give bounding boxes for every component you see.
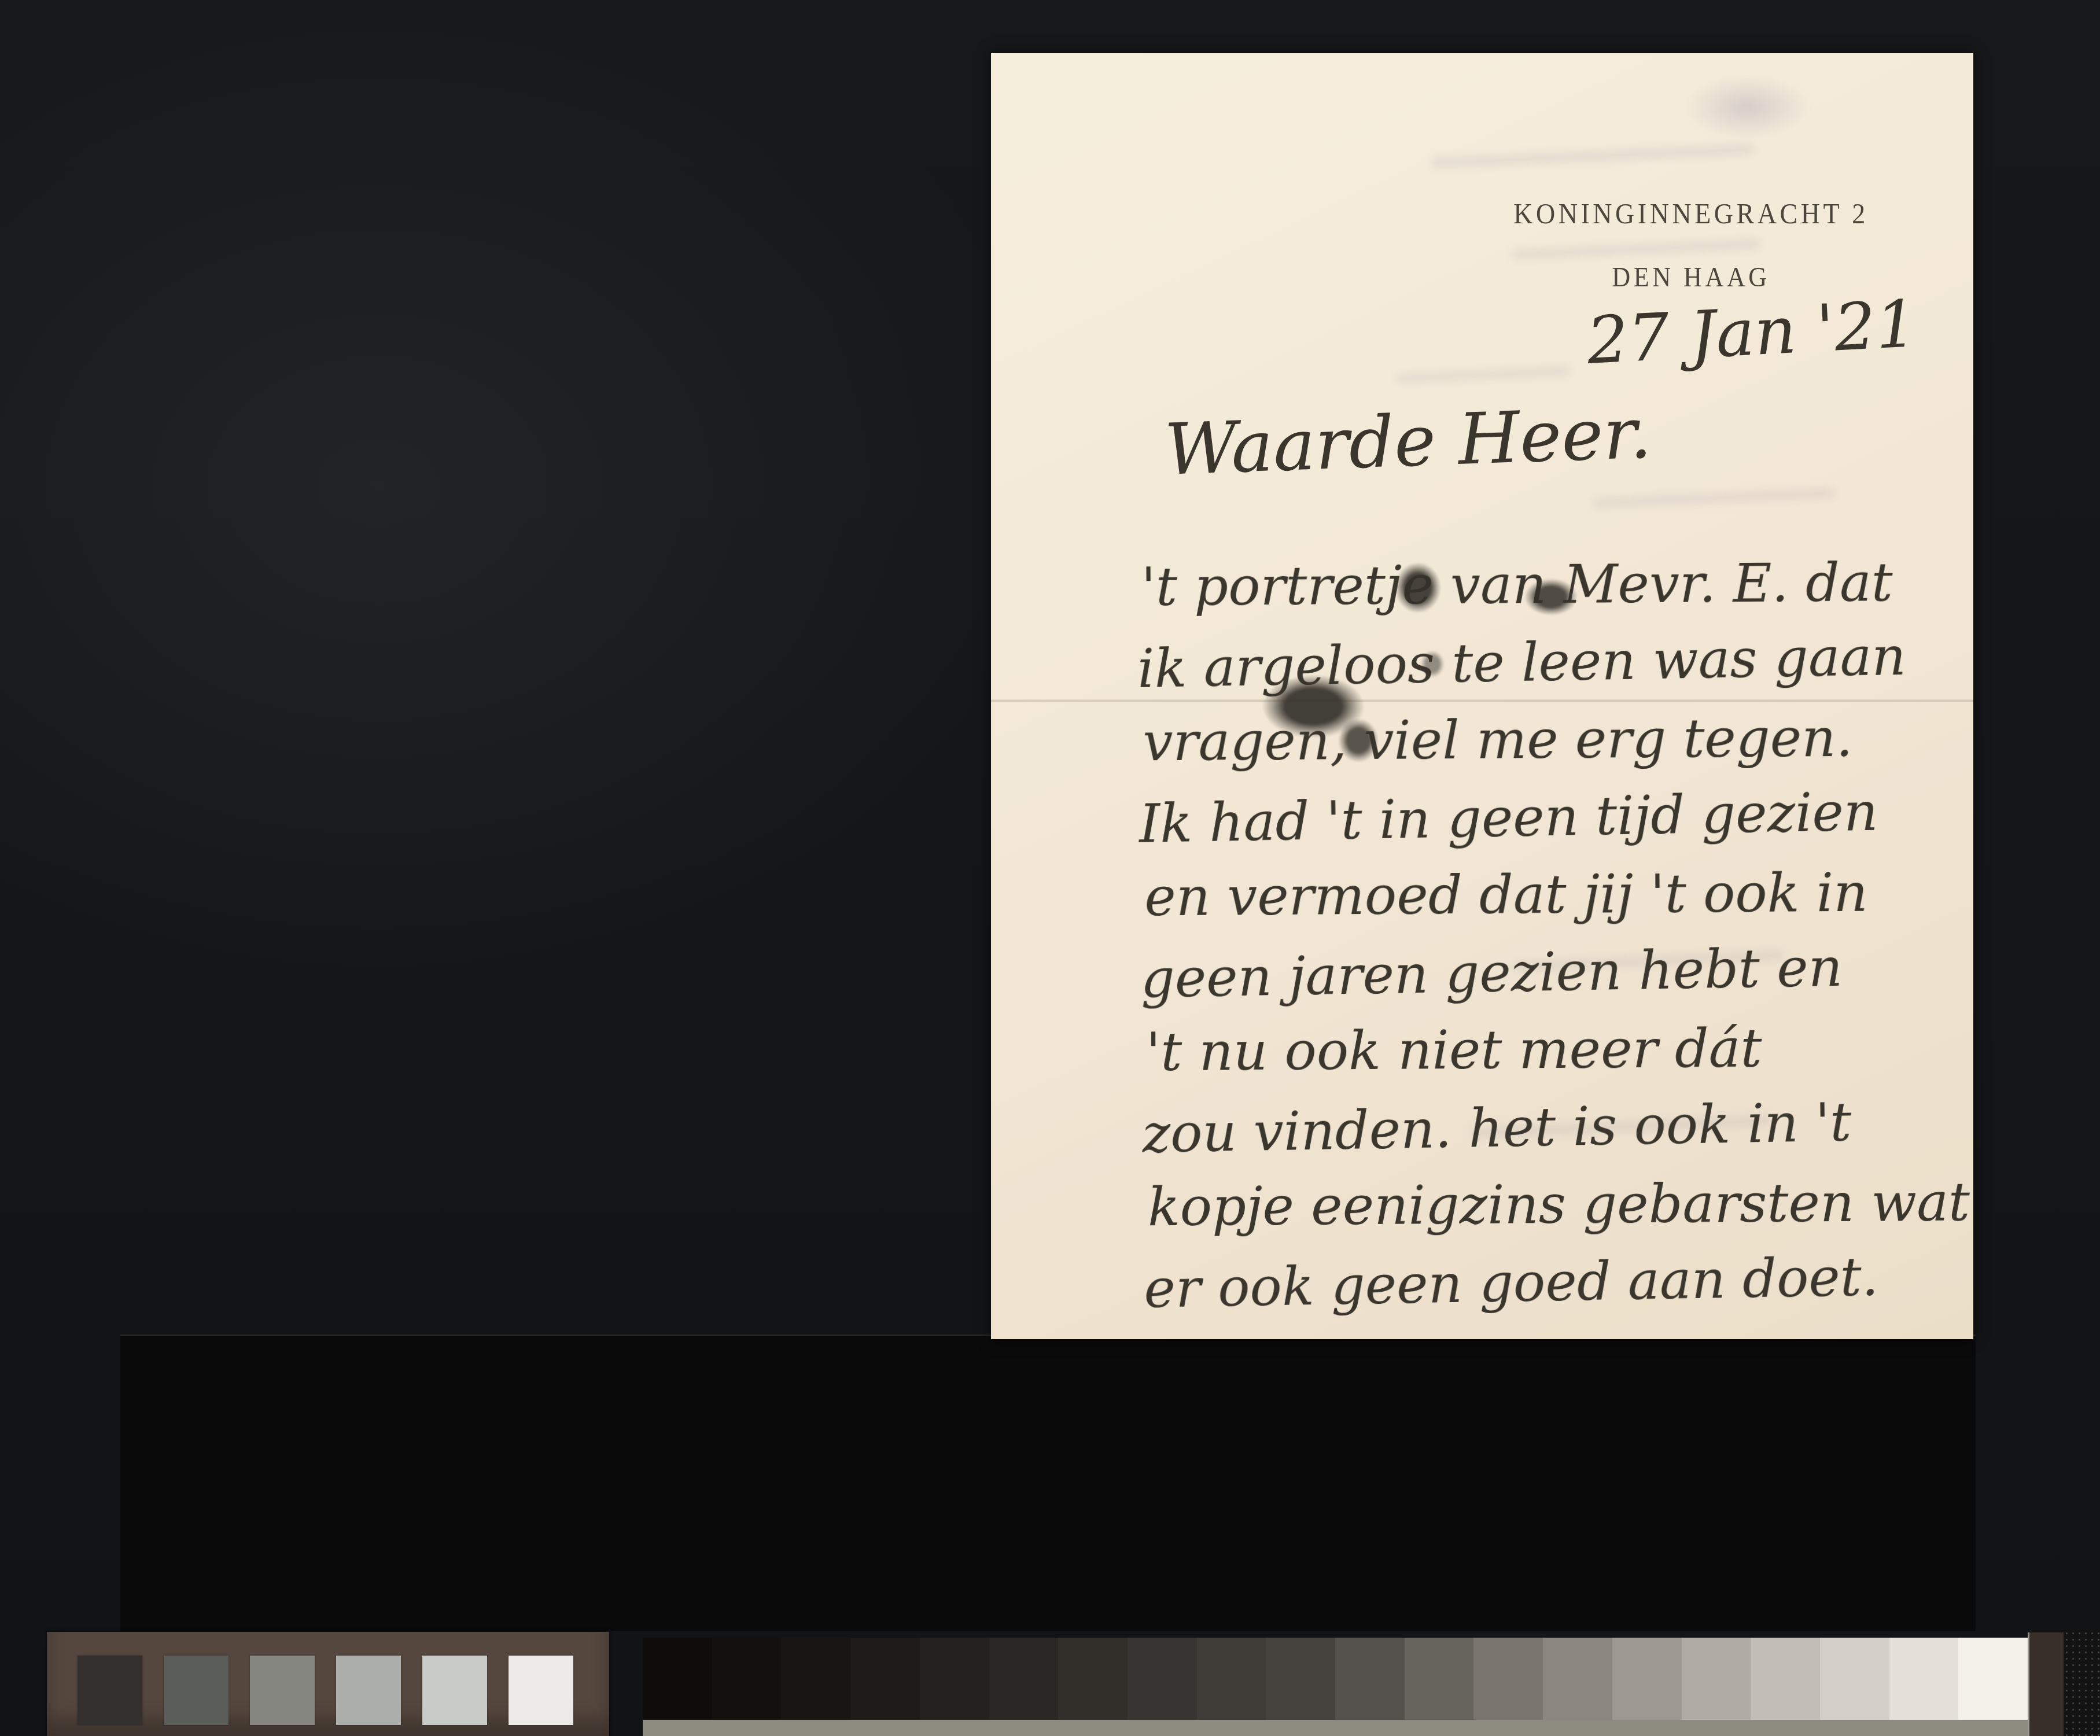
wedge-step xyxy=(1128,1638,1197,1720)
wedge-step xyxy=(643,1638,712,1720)
scan-background: KONINGINNEGRACHT 2 DEN HAAG 27 Jan '21 W… xyxy=(0,0,2100,1736)
calibration-patch xyxy=(164,1656,229,1725)
fold-crease xyxy=(991,699,1973,703)
wedge-step xyxy=(1473,1638,1543,1720)
calibration-patch xyxy=(422,1656,487,1725)
wedge-step xyxy=(989,1638,1059,1720)
ink-bleedthrough-mark xyxy=(1431,143,1755,169)
wedge-step xyxy=(1543,1638,1612,1720)
wedge-card-edge xyxy=(2028,1632,2064,1736)
wedge-step xyxy=(850,1638,920,1720)
ink-blot xyxy=(1420,650,1445,678)
wedge-step xyxy=(712,1638,782,1720)
calibration-patch xyxy=(336,1656,401,1725)
salutation: Waarde Heer. xyxy=(1163,392,1653,491)
handwriting-line: Ik had 't in geen tijd gezien xyxy=(1139,772,1967,863)
wedge-step xyxy=(1197,1638,1266,1720)
handwritten-date: 27 Jan '21 xyxy=(1585,286,1919,379)
letterhead-city: DEN HAAG xyxy=(1313,261,2069,293)
wedge-step xyxy=(781,1638,850,1720)
grayscale-step-wedge xyxy=(643,1638,2028,1736)
wedge-footer-band xyxy=(643,1720,2028,1736)
handwriting-line: zou vinden. het is ook in 't xyxy=(1141,1082,1970,1173)
black-velvet-panel xyxy=(120,1335,1976,1632)
wedge-step xyxy=(1889,1638,1959,1720)
wedge-step xyxy=(1405,1638,1474,1720)
wedge-step xyxy=(1266,1638,1335,1720)
handwriting-line: geen jaren gezien hebt en xyxy=(1140,927,1969,1018)
handwriting-line: er ook geen goed aan doet. xyxy=(1143,1237,1972,1328)
wedge-step xyxy=(1751,1638,1820,1720)
wedge-step xyxy=(1958,1638,2028,1720)
letterhead-address: KONINGINNEGRACHT 2 xyxy=(1313,197,2069,230)
letter-body: 't portretje van Mevr. E. dat ik argeloo… xyxy=(1136,542,1972,1326)
wedge-step xyxy=(1612,1638,1682,1720)
wedge-step xyxy=(1058,1638,1128,1720)
ink-blot xyxy=(1395,562,1441,613)
wedge-step xyxy=(920,1638,989,1720)
erased-smudge xyxy=(1685,75,1810,139)
ink-bleedthrough-mark xyxy=(1512,239,1760,260)
ink-blot xyxy=(1338,718,1379,762)
wedge-steps xyxy=(643,1638,2028,1720)
wedge-step xyxy=(1335,1638,1405,1720)
handwriting-line: ik argeloos te leen was gaan xyxy=(1137,617,1965,708)
handwriting-line: kopje eenigzins gebarsten wat xyxy=(1148,1164,1976,1247)
ink-blot xyxy=(1524,578,1578,615)
handwriting-line: en vermoed dat jij 't ook in xyxy=(1144,854,1972,937)
wedge-step xyxy=(1820,1638,1889,1720)
calibration-patch xyxy=(78,1656,142,1725)
ink-bleedthrough-mark xyxy=(1593,488,1836,508)
letter-page: KONINGINNEGRACHT 2 DEN HAAG 27 Jan '21 W… xyxy=(991,53,1973,1339)
ink-bleedthrough-mark xyxy=(1396,366,1570,383)
calibration-patch xyxy=(509,1656,573,1725)
wedge-step xyxy=(1682,1638,1751,1720)
handwriting-line: 't nu ook niet meer dát xyxy=(1146,1009,1974,1092)
grayscale-patch-card xyxy=(47,1632,609,1736)
calibration-patch xyxy=(250,1656,315,1725)
speckled-fabric-strip xyxy=(2064,1630,2100,1736)
